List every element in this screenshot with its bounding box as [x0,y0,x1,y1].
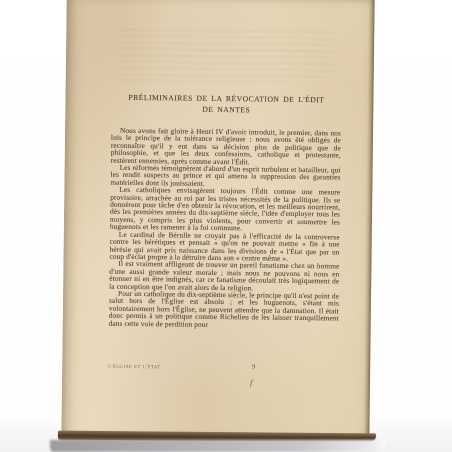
page-content: PRÉLIMINAIRES DE LA RÉVOCATION DE L'ÉDIT… [109,93,342,330]
body-paragraph: Les catholiques envisagèrent toujours l'… [110,186,341,233]
cast-shadow [50,440,386,452]
scanned-book-photo: PRÉLIMINAIRES DE LA RÉVOCATION DE L'ÉDIT… [0,0,452,452]
red-ink-mark: f [250,377,252,387]
book-page: PRÉLIMINAIRES DE LA RÉVOCATION DE L'ÉDIT… [61,0,374,442]
body-paragraph: Le cardinal de Bérulle ne croyait pas à … [109,230,339,262]
footer-signature-number: 9 [252,363,255,370]
page-stack-edge [363,0,374,442]
body-paragraph: Nous avons fait gloire à Henri IV d'avoi… [111,127,341,167]
body-text: Nous avons fait gloire à Henri IV d'avoi… [109,127,341,330]
body-paragraph: Il est vraiment affligeant de trouver un… [109,260,339,292]
body-paragraph: Pour un catholique du dix-septième siècl… [109,290,339,330]
footer-running-title: L'ÉGLISE ET L'ÉTAT [108,364,161,370]
page-showthrough [118,29,335,84]
chapter-heading: PRÉLIMINAIRES DE LA RÉVOCATION DE L'ÉDIT… [111,93,341,117]
